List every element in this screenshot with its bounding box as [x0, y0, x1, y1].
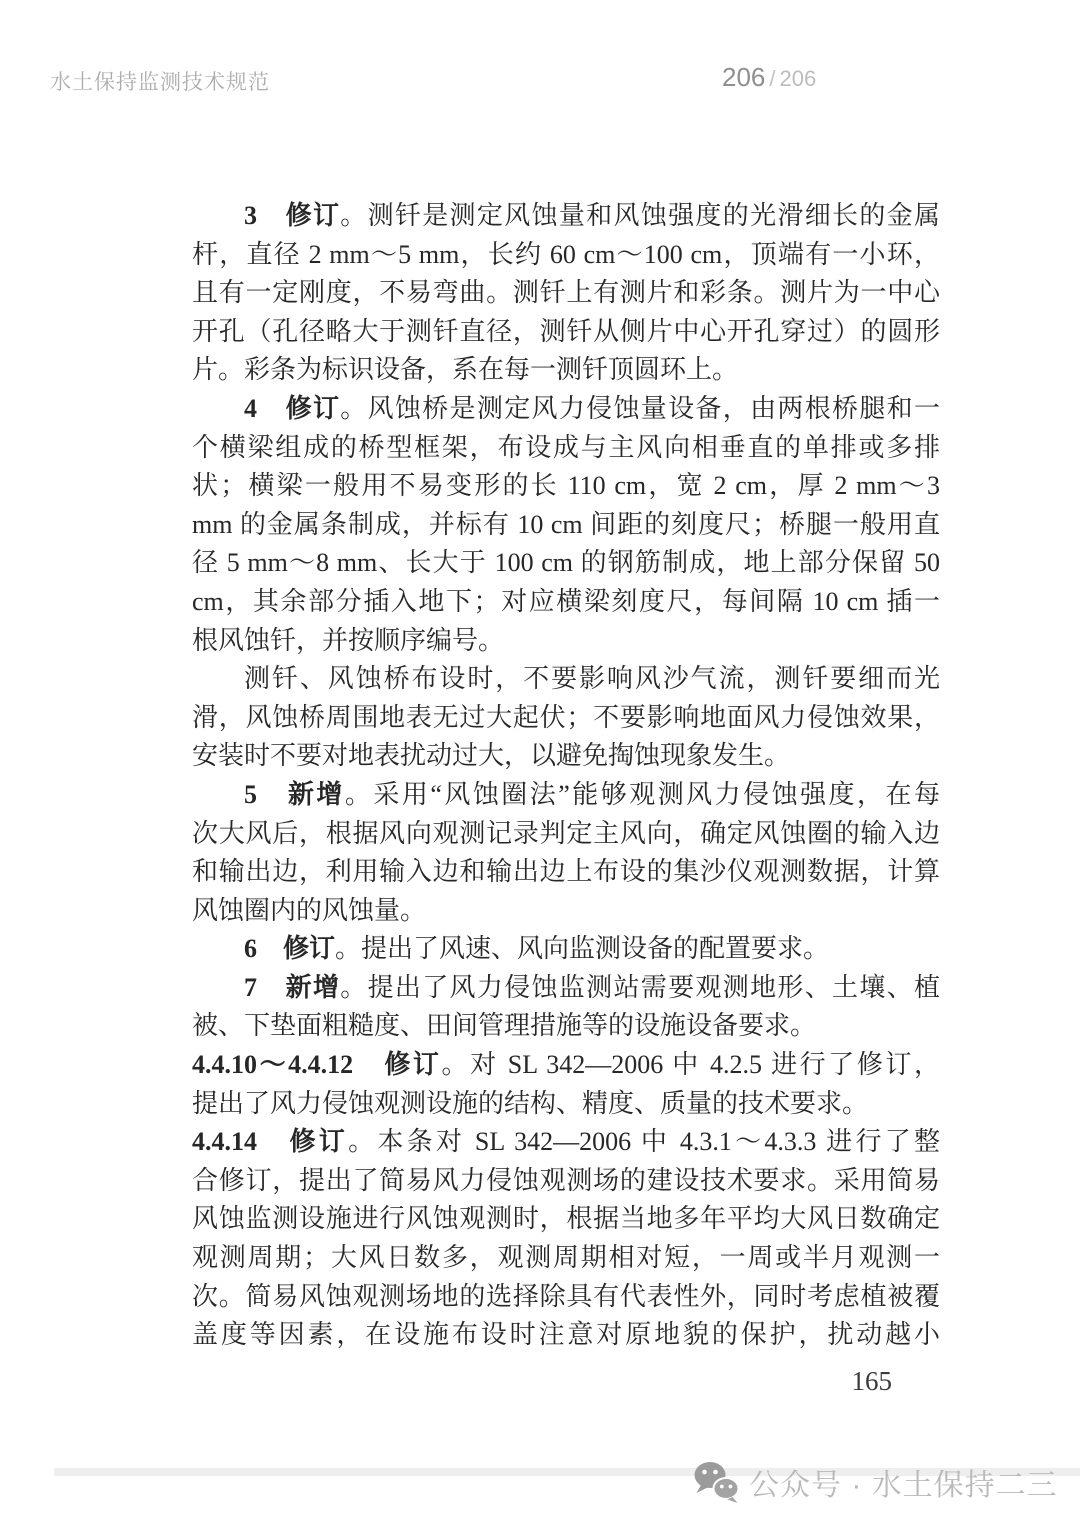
body-line: 盖度等因素，在设施布设时注意对原地貌的保护，扰动越小 — [192, 1316, 940, 1355]
body-run: 根风蚀钎，并按顺序编号。 — [192, 626, 504, 655]
body-run-bold: 5 新增 — [244, 780, 345, 809]
body-run: 提出了风力侵蚀观测设施的结构、精度、质量的技术要求。 — [192, 1089, 868, 1118]
body-run: 观测周期；大风日数多，观测周期相对短，一周或半月观测一 — [192, 1243, 940, 1272]
body-line: 次。简易风蚀观测场地的选择除具有代表性外，同时考虑植被覆 — [192, 1278, 940, 1317]
body-run-bold: 4.4.14 修订 — [192, 1127, 348, 1156]
body-line: 5 新增。采用“风蚀圈法”能够观测风力侵蚀强度，在每 — [192, 776, 940, 815]
body-line: 观测周期；大风日数多，观测周期相对短，一周或半月观测一 — [192, 1239, 940, 1278]
body-run: 个横梁组成的桥型框架，布设成与主风向相垂直的单排或多排 — [192, 433, 940, 462]
body-run-bold: 4 修订 — [244, 394, 340, 423]
body-line: 个横梁组成的桥型框架，布设成与主风向相垂直的单排或多排 — [192, 429, 940, 468]
body-run: 次。简易风蚀观测场地的选择除具有代表性外，同时考虑植被覆 — [192, 1282, 940, 1311]
body-run: 被、下垫面粗糙度、田间管理措施等的设施设备要求。 — [192, 1011, 816, 1040]
body-run: 测钎、风蚀桥布设时，不要影响风沙气流，测钎要细而光 — [244, 664, 940, 693]
body-line: 安装时不要对地表扰动过大，以避免掏蚀现象发生。 — [192, 737, 940, 776]
body-line: 6 修订。提出了风速、风向监测设备的配置要求。 — [192, 930, 940, 969]
watermark: 公众号 · 水土保持二三 — [692, 1460, 1058, 1504]
doc-title: 水土保持监测技术规范 — [50, 66, 270, 96]
body-run: cm，其余部分插入地下；对应横梁刻度尺，每间隔 10 cm 插一 — [192, 587, 940, 616]
body-line: 合修订，提出了简易风力侵蚀观测场的建设技术要求。采用简易 — [192, 1162, 940, 1201]
body-line: 7 新增。提出了风力侵蚀监测站需要观测地形、土壤、植 — [192, 969, 940, 1008]
body-run: 次大风后，根据风向观测记录判定主风向，确定风蚀圈的输入边 — [192, 819, 940, 848]
body-line: 状；横梁一般用不易变形的长 110 cm，宽 2 cm，厚 2 mm～3 — [192, 467, 940, 506]
page-separator: / — [769, 66, 775, 91]
body-run: 。提出了风速、风向监测设备的配置要求。 — [335, 934, 829, 963]
body-run: 风蚀圈内的风蚀量。 — [192, 896, 426, 925]
body-line: 被、下垫面粗糙度、田间管理措施等的设施设备要求。 — [192, 1007, 940, 1046]
page-total: 206 — [780, 66, 817, 91]
body-run: 风蚀监测设施进行风蚀观测时，根据当地多年平均大风日数确定 — [192, 1204, 940, 1233]
body-line: 和输出边，利用输入边和输出边上布设的集沙仪观测数据，计算 — [192, 853, 940, 892]
body-line: 3 修订。测钎是测定风蚀量和风蚀强度的光滑细长的金属 — [192, 197, 940, 236]
body-run: 。对 SL 342—2006 中 4.2.5 进行了修订， — [442, 1050, 940, 1079]
body-line: 4 修订。风蚀桥是测定风力侵蚀量设备，由两根桥腿和一 — [192, 390, 940, 429]
body-run: 状；横梁一般用不易变形的长 110 cm，宽 2 cm，厚 2 mm～3 — [192, 471, 940, 500]
document-page: 水土保持监测技术规范 206/206 3 修订。测钎是测定风蚀量和风蚀强度的光滑… — [0, 0, 1080, 1527]
body-line: 风蚀监测设施进行风蚀观测时，根据当地多年平均大风日数确定 — [192, 1200, 940, 1239]
body-run: 盖度等因素，在设施布设时注意对原地貌的保护，扰动越小 — [192, 1320, 940, 1349]
body-line: 根风蚀钎，并按顺序编号。 — [192, 622, 940, 661]
body-run: 片。彩条为标识设备，系在每一测钎顶圆环上。 — [192, 355, 738, 384]
body-line: 杆，直径 2 mm～5 mm，长约 60 cm～100 cm，顶端有一小环， — [192, 236, 940, 275]
wechat-icon — [692, 1460, 740, 1504]
body-run: 且有一定刚度，不易弯曲。测钎上有测片和彩条。测片为一中心 — [192, 278, 940, 307]
body-run: mm 的金属条制成，并标有 10 cm 间距的刻度尺；桥腿一般用直 — [192, 510, 940, 539]
body-line: 测钎、风蚀桥布设时，不要影响风沙气流，测钎要细而光 — [192, 660, 940, 699]
body-run: 合修订，提出了简易风力侵蚀观测场的建设技术要求。采用简易 — [192, 1166, 940, 1195]
body-run: 。采用“风蚀圈法”能够观测风力侵蚀强度，在每 — [345, 780, 940, 809]
body-run-bold: 6 修订 — [244, 934, 335, 963]
body-line: 径 5 mm～8 mm、长大于 100 cm 的钢筋制成，地上部分保留 50 — [192, 544, 940, 583]
body-line: mm 的金属条制成，并标有 10 cm 间距的刻度尺；桥腿一般用直 — [192, 506, 940, 545]
body-run: 开孔（孔径略大于测钎直径，测钎从侧片中心开孔穿过）的圆形 — [192, 317, 940, 346]
body-run-bold: 4.4.10～4.4.12 修订 — [192, 1050, 442, 1079]
body-run: 径 5 mm～8 mm、长大于 100 cm 的钢筋制成，地上部分保留 50 — [192, 548, 940, 577]
body-line: 4.4.14 修订。本条对 SL 342—2006 中 4.3.1～4.3.3 … — [192, 1123, 940, 1162]
body-run: 安装时不要对地表扰动过大，以避免掏蚀现象发生。 — [192, 741, 790, 770]
body-line: 且有一定刚度，不易弯曲。测钎上有测片和彩条。测片为一中心 — [192, 274, 940, 313]
body-line: 次大风后，根据风向观测记录判定主风向，确定风蚀圈的输入边 — [192, 815, 940, 854]
body-line: 片。彩条为标识设备，系在每一测钎顶圆环上。 — [192, 351, 940, 390]
page-folio: 165 — [852, 1366, 893, 1397]
body-run-bold: 7 新增 — [244, 973, 340, 1002]
body-run: 。本条对 SL 342—2006 中 4.3.1～4.3.3 进行了整 — [348, 1127, 940, 1156]
page-indicator: 206/206 — [722, 62, 816, 93]
body-run: 和输出边，利用输入边和输出边上布设的集沙仪观测数据，计算 — [192, 857, 940, 886]
page-current: 206 — [722, 62, 765, 92]
body-run-bold: 3 修订 — [244, 201, 340, 230]
body-run: 。风蚀桥是测定风力侵蚀量设备，由两根桥腿和一 — [340, 394, 940, 423]
body-run: 滑，风蚀桥周围地表无过大起伏；不要影响地面风力侵蚀效果， — [192, 703, 940, 732]
body-run: 。测钎是测定风蚀量和风蚀强度的光滑细长的金属 — [340, 201, 940, 230]
body-line: 4.4.10～4.4.12 修订。对 SL 342—2006 中 4.2.5 进… — [192, 1046, 940, 1085]
watermark-label: 公众号 · 水土保持二三 — [749, 1460, 1058, 1504]
page-body: 3 修订。测钎是测定风蚀量和风蚀强度的光滑细长的金属杆，直径 2 mm～5 mm… — [192, 197, 940, 1355]
body-line: 滑，风蚀桥周围地表无过大起伏；不要影响地面风力侵蚀效果， — [192, 699, 940, 738]
body-line: 提出了风力侵蚀观测设施的结构、精度、质量的技术要求。 — [192, 1085, 940, 1124]
body-line: cm，其余部分插入地下；对应横梁刻度尺，每间隔 10 cm 插一 — [192, 583, 940, 622]
body-run: 杆，直径 2 mm～5 mm，长约 60 cm～100 cm，顶端有一小环， — [192, 240, 940, 269]
body-line: 开孔（孔径略大于测钎直径，测钎从侧片中心开孔穿过）的圆形 — [192, 313, 940, 352]
body-line: 风蚀圈内的风蚀量。 — [192, 892, 940, 931]
body-run: 。提出了风力侵蚀监测站需要观测地形、土壤、植 — [340, 973, 940, 1002]
